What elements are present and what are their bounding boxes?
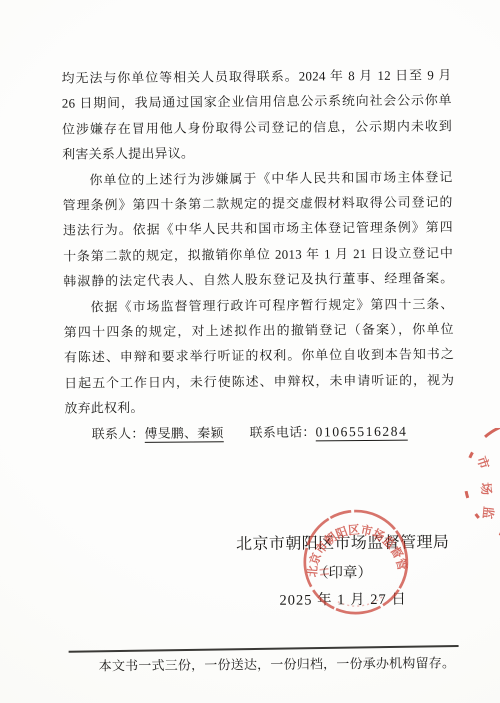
contact-phone-label: 联系电话： — [250, 426, 316, 441]
body-line: 第四十四条的规定，对上述拟作出的撤销登记（备案），你单位 — [64, 317, 454, 346]
edge-seal-arc — [465, 428, 500, 538]
footer-note: 本文书一式三份，一份送达，一份归档，一份承办机构留存。 — [99, 652, 479, 677]
document-page: 均无法与你单位等相关人员取得联系。2024 年 8 月 12 日至 9 月 26… — [0, 0, 500, 703]
body-line: 依据《市场监督管理行政许可程序暂行规定》第四十三条、 — [64, 292, 454, 321]
body-line: 均无法与你单位等相关人员取得联系。2024 年 8 月 12 日至 9 月 — [62, 63, 452, 92]
body-line: 你单位的上述行为涉嫌属于《中华人民共和国市场主体登记 — [62, 165, 452, 194]
contact-phone-number: 01065516284 — [316, 424, 408, 442]
seal-placeholder-note: （印章） — [233, 562, 453, 584]
document-body: 均无法与你单位等相关人员取得联系。2024 年 8 月 12 日至 9 月 26… — [62, 63, 455, 447]
footer-divider — [69, 645, 459, 652]
body-line: 韩淑静的法定代表人、自然人股东登记及执行董事、经理备案。 — [63, 266, 453, 295]
signature-block: 北京市朝阳区市场监督管理局 （印章） 2025 年 1 月 27 日 — [233, 533, 454, 611]
body-line: 日起五个工作日内，未行使陈述、申辩权，未申请听证的，视为 — [64, 368, 454, 397]
contact-line: 联系人：傅旻鹏、秦颖联系电话：01065516284 — [65, 419, 455, 448]
body-line: 放弃此权利。 — [64, 393, 454, 422]
body-line: 位涉嫌存在冒用他人身份取得公司登记的信息，公示期内未收到 — [62, 114, 452, 143]
edge-seal-char: 场 — [478, 482, 494, 497]
edge-seal-char: 市 — [474, 454, 492, 471]
issue-date: 2025 年 1 月 27 日 — [233, 589, 453, 611]
edge-seal-char: 监 — [480, 506, 496, 520]
contact-person-label: 联系人： — [92, 427, 145, 441]
scan-tilt-wrapper: 均无法与你单位等相关人员取得联系。2024 年 8 月 12 日至 9 月 26… — [0, 0, 500, 703]
body-line: 违法行为。依据《中华人民共和国市场主体登记管理条例》第四 — [63, 216, 453, 245]
body-line: 有陈述、申辩和要求举行听证的权利。你单位自收到本告知书之 — [64, 343, 454, 372]
body-line: 十条第二款的规定，拟撤销你单位 2013 年 1 月 21 日设立登记中 — [63, 241, 453, 270]
body-line: 管理条例》第四十条第二款规定的提交虚假材料取得公司登记的 — [63, 190, 453, 219]
body-line: 26 日期间，我局通过国家企业信用信息公示系统向社会公示你单 — [62, 89, 452, 118]
issuing-agency-name: 北京市朝阳区市场监督管理局 — [233, 533, 453, 555]
edge-seal: 市 场 监 — [453, 428, 500, 538]
body-line: 利害关系人提出异议。 — [62, 139, 452, 168]
contact-person-names: 傅旻鹏、秦颖 — [144, 427, 223, 444]
